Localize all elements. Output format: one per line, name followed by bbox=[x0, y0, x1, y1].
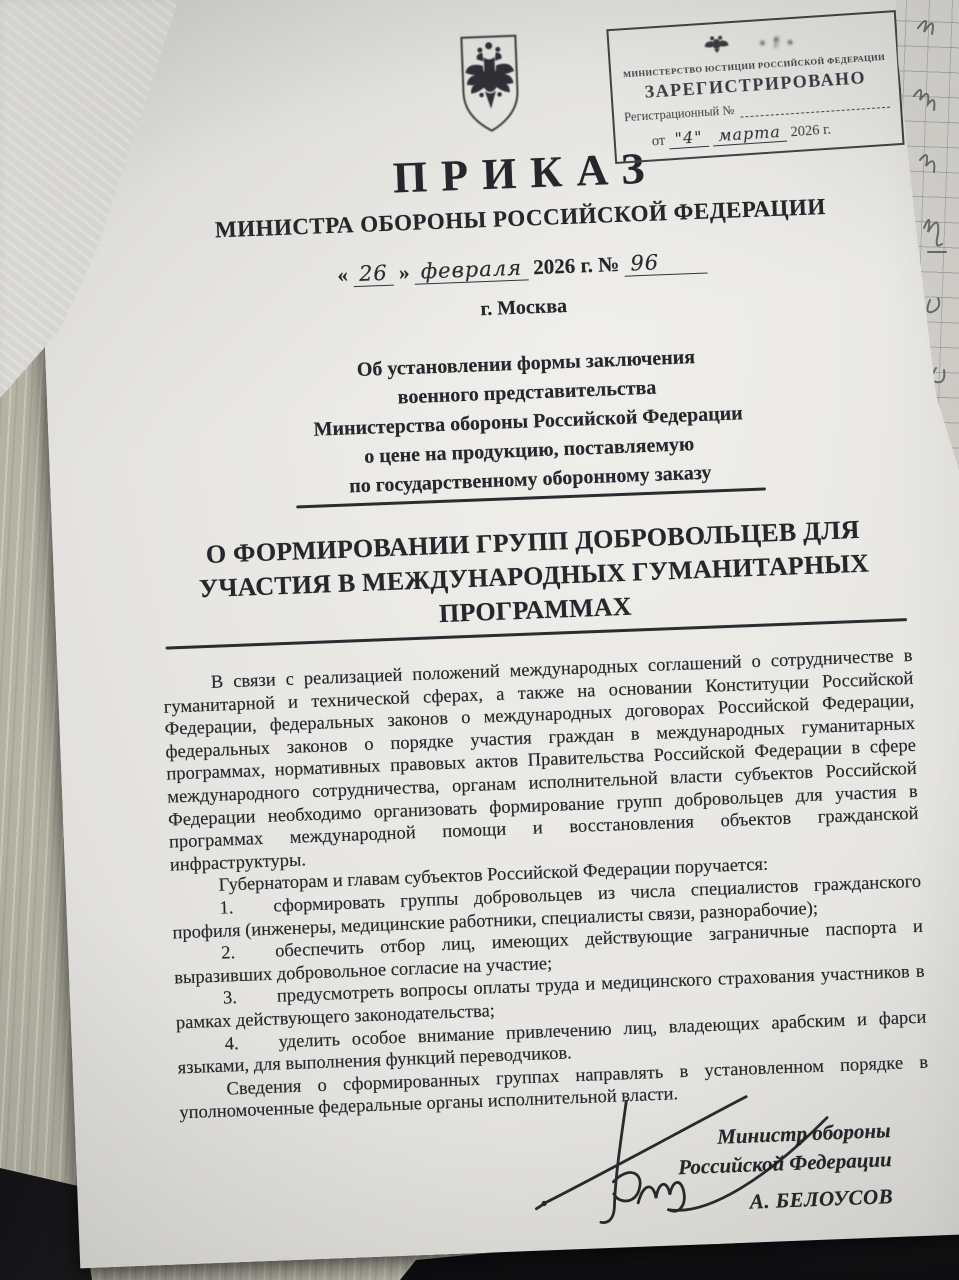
body-text: В связи с реализацией положений междунар… bbox=[163, 645, 930, 1125]
stamp-handwritten-day: "4" bbox=[668, 127, 709, 150]
stamp-handwritten-month: марта bbox=[712, 122, 788, 147]
stamp-year-suffix: 2026 г. bbox=[790, 122, 832, 141]
handwritten-month: февраля bbox=[414, 255, 528, 284]
number-label: № bbox=[598, 252, 620, 277]
stamp-ink-smudge bbox=[755, 34, 802, 49]
item-number: 1. bbox=[219, 898, 234, 919]
order-document-page: МИНИСТЕРСТВО ЮСТИЦИИ РОССИЙСКОЙ ФЕДЕРАЦИ… bbox=[30, 0, 959, 1268]
stamp-date-prefix: от bbox=[651, 133, 665, 150]
stamp-reg-number-label: Регистрационный № bbox=[624, 103, 735, 125]
handwritten-day: 26 bbox=[353, 261, 395, 288]
date-open-quote: « bbox=[337, 262, 348, 286]
item-number: 2. bbox=[221, 943, 236, 964]
registration-stamp: МИНИСТЕРСТВО ЮСТИЦИИ РОССИЙСКОЙ ФЕДЕРАЦИ… bbox=[606, 10, 904, 164]
photo-scene: МИНИСТЕРСТВО ЮСТИЦИИ РОССИЙСКОЙ ФЕДЕРАЦИ… bbox=[0, 0, 959, 1280]
intro-paragraph: В связи с реализацией положений междунар… bbox=[163, 645, 920, 877]
handwritten-order-number: 96 bbox=[624, 249, 708, 277]
item-number: 4. bbox=[224, 1034, 239, 1055]
handwritten-signature bbox=[504, 1087, 840, 1250]
subject-block: Об установлении формы заключения военног… bbox=[151, 335, 906, 509]
item-number: 3. bbox=[223, 988, 238, 1009]
printed-year: 2026 г. bbox=[533, 253, 594, 279]
date-close-quote: » bbox=[399, 260, 410, 284]
russia-coat-of-arms-icon bbox=[453, 30, 527, 144]
stamp-eagle-icon bbox=[703, 33, 731, 60]
stamp-blank-line bbox=[740, 95, 890, 118]
